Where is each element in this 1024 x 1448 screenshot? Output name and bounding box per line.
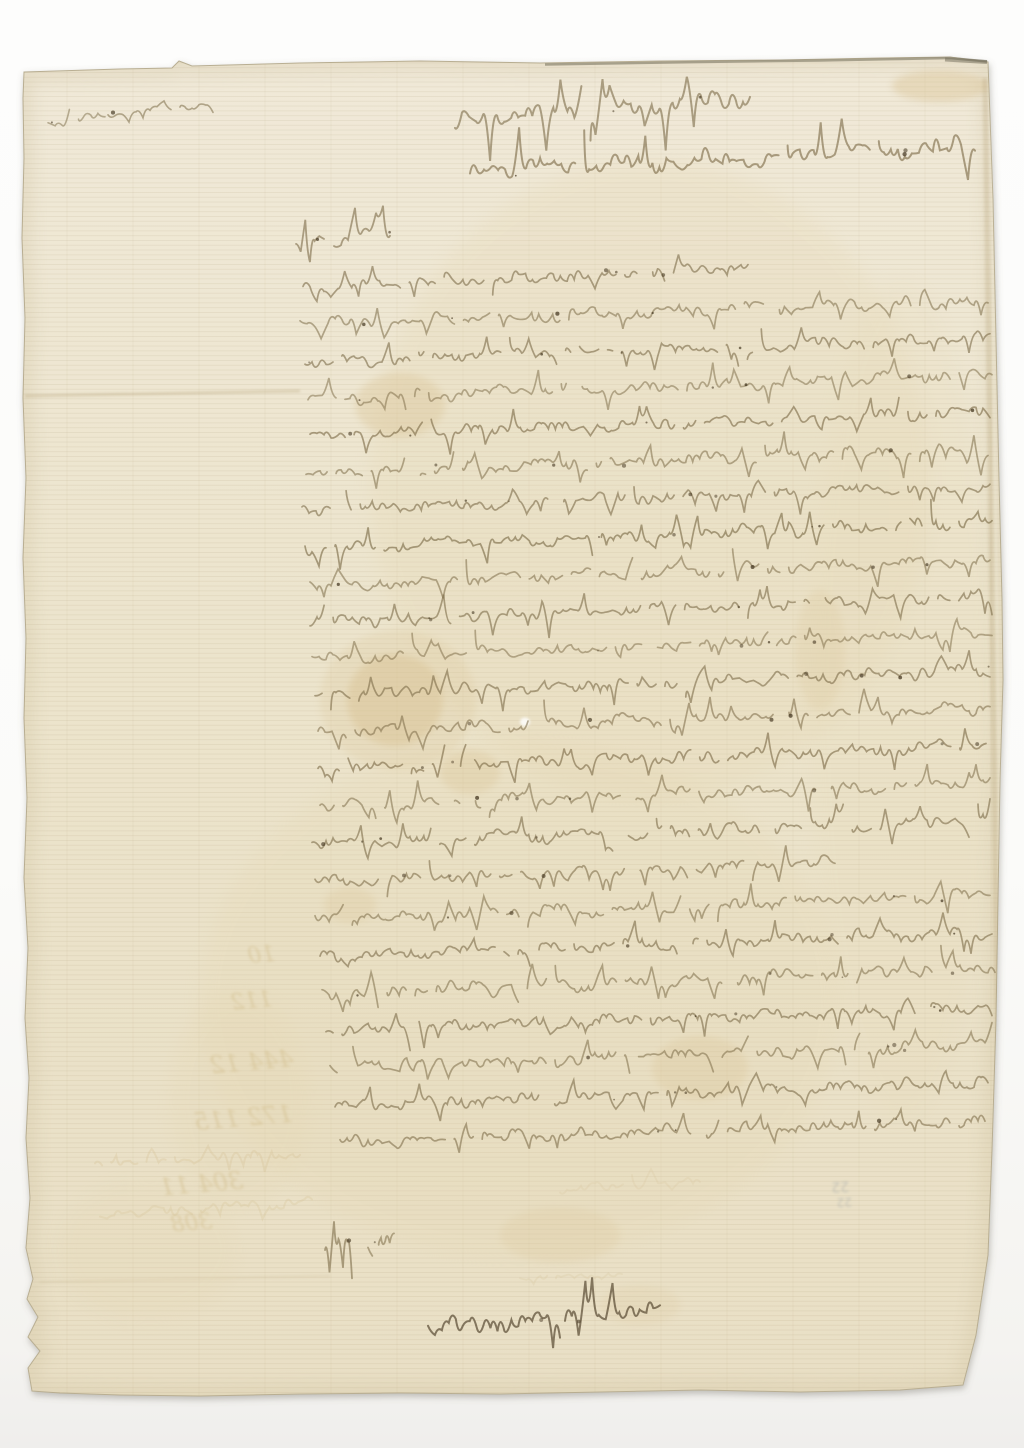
ink-blot (769, 972, 772, 975)
ink-blot (475, 796, 479, 800)
ink-blot (925, 563, 928, 566)
ink-blot (699, 96, 702, 99)
ink-blot (465, 499, 467, 501)
ink-blot (813, 640, 817, 644)
ink-blot (685, 1091, 688, 1094)
ink-blot (734, 1012, 737, 1015)
ink-blot (688, 493, 692, 497)
ink-blot (379, 837, 382, 840)
ink-blot (652, 312, 654, 314)
ink-blot (971, 409, 974, 412)
ink-blot (358, 399, 360, 401)
ink-blot (695, 1015, 697, 1017)
svg-text:10: 10 (246, 942, 276, 969)
ink-blot (626, 944, 629, 947)
ink-blot (818, 525, 821, 528)
ink-blot (540, 353, 543, 356)
ink-blot (421, 766, 424, 769)
ink-blot (509, 911, 513, 915)
ink-blot (604, 268, 608, 272)
ink-blot (337, 583, 340, 586)
ink-blot (316, 238, 319, 241)
ink-blot (552, 464, 555, 467)
ink-blot (672, 533, 676, 537)
ink-blot (402, 874, 406, 878)
ink-blot (903, 1049, 906, 1052)
ink-blot (770, 718, 774, 722)
ink-blot (612, 110, 614, 112)
ink-blot (308, 361, 310, 363)
ink-blot (615, 271, 618, 274)
ink-blot (933, 1006, 935, 1008)
ink-blot (789, 714, 793, 718)
ink-blot (941, 742, 944, 745)
ink-blot (674, 1091, 676, 1093)
ink-blot (468, 722, 471, 725)
ink-blot (898, 676, 902, 680)
ink-blot (860, 674, 864, 678)
ink-blot (842, 976, 844, 978)
letter-scan-canvas: 10112444 12172 115304 113082222 (0, 0, 1024, 1448)
ink-blot (598, 536, 600, 538)
ink-blot (356, 994, 358, 996)
ink-blot (449, 874, 452, 877)
ink-blot (613, 1099, 615, 1101)
ink-blot (645, 421, 647, 423)
ink-blot (738, 606, 740, 608)
ink-blot (804, 672, 808, 676)
ink-blot (597, 650, 599, 652)
scanned-letter-page: 10112444 12172 115304 113082222 (0, 0, 1024, 1448)
ink-blot (569, 797, 571, 799)
ink-blot (712, 386, 714, 388)
ink-blot (740, 644, 744, 648)
ink-blot (374, 1241, 376, 1243)
ink-blot (871, 565, 874, 568)
ink-blot (902, 152, 906, 156)
ink-blot (434, 464, 437, 467)
ink-blot (347, 1238, 351, 1242)
ink-blot (111, 111, 115, 115)
svg-text:22: 22 (831, 1178, 850, 1195)
ink-blot (555, 312, 559, 316)
ink-blot (362, 323, 366, 327)
ink-blot (903, 148, 907, 152)
ink-blot (675, 1129, 677, 1131)
ink-blot (812, 788, 816, 792)
ink-blot (348, 432, 352, 436)
ink-blot (988, 666, 990, 668)
ink-blot (887, 1045, 889, 1047)
paper-surface: 10112444 12172 115304 113082222 (0, 0, 1024, 1448)
ink-blot (321, 842, 325, 846)
ink-blot (361, 840, 363, 842)
ink-blot (51, 121, 53, 123)
ink-blot (515, 797, 518, 800)
ink-blot (451, 761, 454, 764)
ink-blot (877, 1119, 881, 1123)
svg-text:112: 112 (229, 987, 273, 1016)
ink-blot (811, 526, 813, 528)
ink-blot (892, 1043, 896, 1047)
ink-blot (535, 836, 538, 839)
ink-blot (830, 933, 833, 936)
ink-blot (588, 718, 592, 722)
ink-blot (542, 874, 546, 878)
ink-blot (429, 618, 432, 621)
ink-blot (893, 895, 895, 897)
ink-blot (622, 464, 626, 468)
ink-blot (895, 1118, 897, 1120)
ink-blot (889, 448, 893, 452)
ink-blot (451, 317, 453, 319)
ink-blot (388, 231, 391, 234)
ink-blot (951, 971, 954, 974)
ink-blot (661, 273, 665, 277)
ink-blot (621, 351, 623, 353)
ink-blot (447, 916, 449, 918)
ink-blot (657, 1130, 659, 1132)
ink-blot (586, 1056, 590, 1060)
svg-text:22: 22 (836, 1195, 852, 1210)
ink-blot (953, 933, 955, 935)
ink-blot (745, 383, 748, 386)
ink-blot (768, 641, 770, 643)
ink-blot (515, 175, 517, 177)
ink-blot (907, 374, 911, 378)
ink-blot (776, 1086, 778, 1088)
ink-blot (577, 1320, 581, 1324)
ink-blot (739, 347, 742, 350)
ink-blot (751, 565, 755, 569)
ink-blot (539, 1318, 543, 1322)
ink-blot (508, 500, 510, 502)
ink-blot (409, 435, 411, 437)
ink-blot (939, 1009, 942, 1012)
ink-blot (828, 937, 832, 941)
top-edge-deckle-dark (945, 60, 987, 63)
ink-blot (714, 495, 717, 498)
ink-blot (975, 742, 979, 746)
ink-blot (472, 611, 475, 614)
ink-blot (941, 899, 944, 902)
